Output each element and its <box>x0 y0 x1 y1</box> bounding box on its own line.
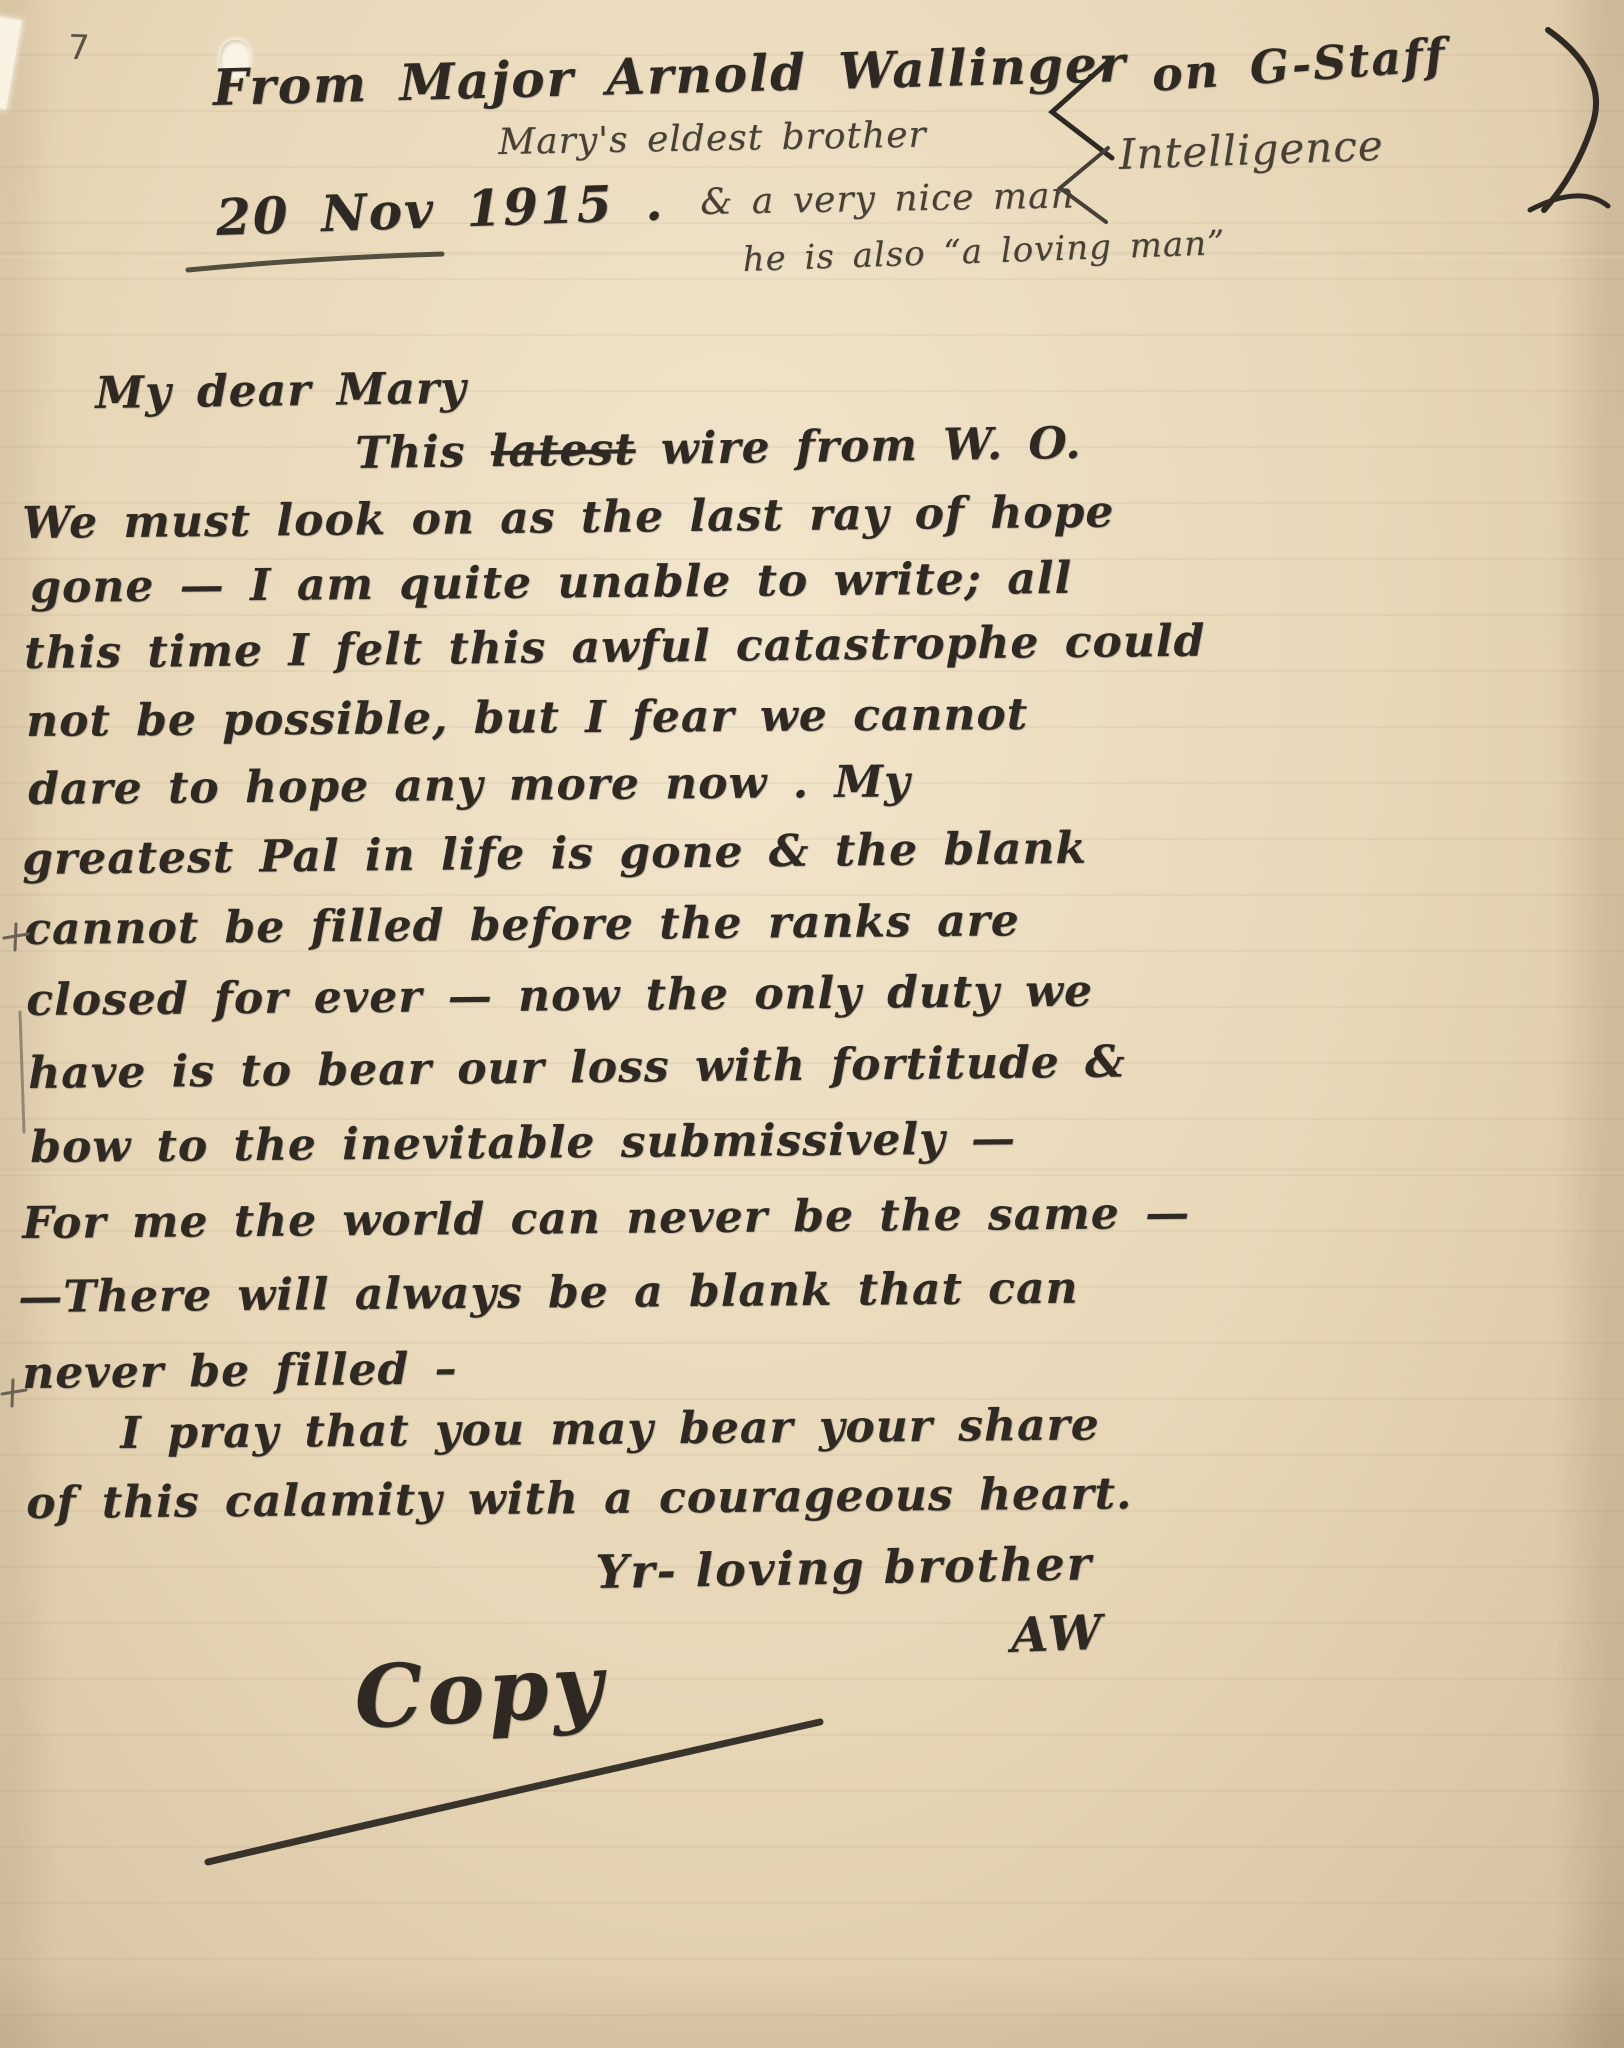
copy-label: Copy <box>352 1635 609 1749</box>
body-line: For me the world can never be the same — <box>22 1188 1190 1249</box>
closing-line: Yr- loving brother <box>595 1536 1093 1599</box>
body-line: not be possible, but I fear we cannot <box>26 689 1028 747</box>
header-relation-note: Mary's eldest brother <box>498 115 927 163</box>
body-line: closed for ever — now the only duty we <box>26 966 1093 1026</box>
opening-struck-word: latest <box>491 424 636 477</box>
opening-pre: This <box>355 426 491 479</box>
body-line: bow to the inevitable submissively — <box>30 1113 1016 1173</box>
salutation: My dear Mary <box>95 363 467 419</box>
page-number: 7 <box>67 28 90 69</box>
opening-post: wire from W. O. <box>635 418 1082 475</box>
body-line: never be filled – <box>22 1343 458 1399</box>
header-nice-note: & a very nice man <box>700 175 1075 223</box>
body-line: I pray that you may bear your share <box>120 1399 1100 1459</box>
signature-initials: AW <box>1010 1605 1105 1664</box>
body-line: —There will always be a blank that can <box>18 1263 1079 1323</box>
body-line: of this calamity with a courageous heart… <box>26 1468 1133 1529</box>
body-line: gone — I am quite unable to write; all <box>30 553 1072 613</box>
opening-line: This latest wire from W. O. <box>355 418 1082 479</box>
header-intelligence-note: Intelligence <box>1118 121 1384 179</box>
body-line: dare to hope any more now . My <box>28 756 911 815</box>
body-line: cannot be filled before the ranks are <box>24 895 1020 955</box>
letter-scan-page: { "page": { "number": "7", "copy_label":… <box>0 0 1624 2048</box>
